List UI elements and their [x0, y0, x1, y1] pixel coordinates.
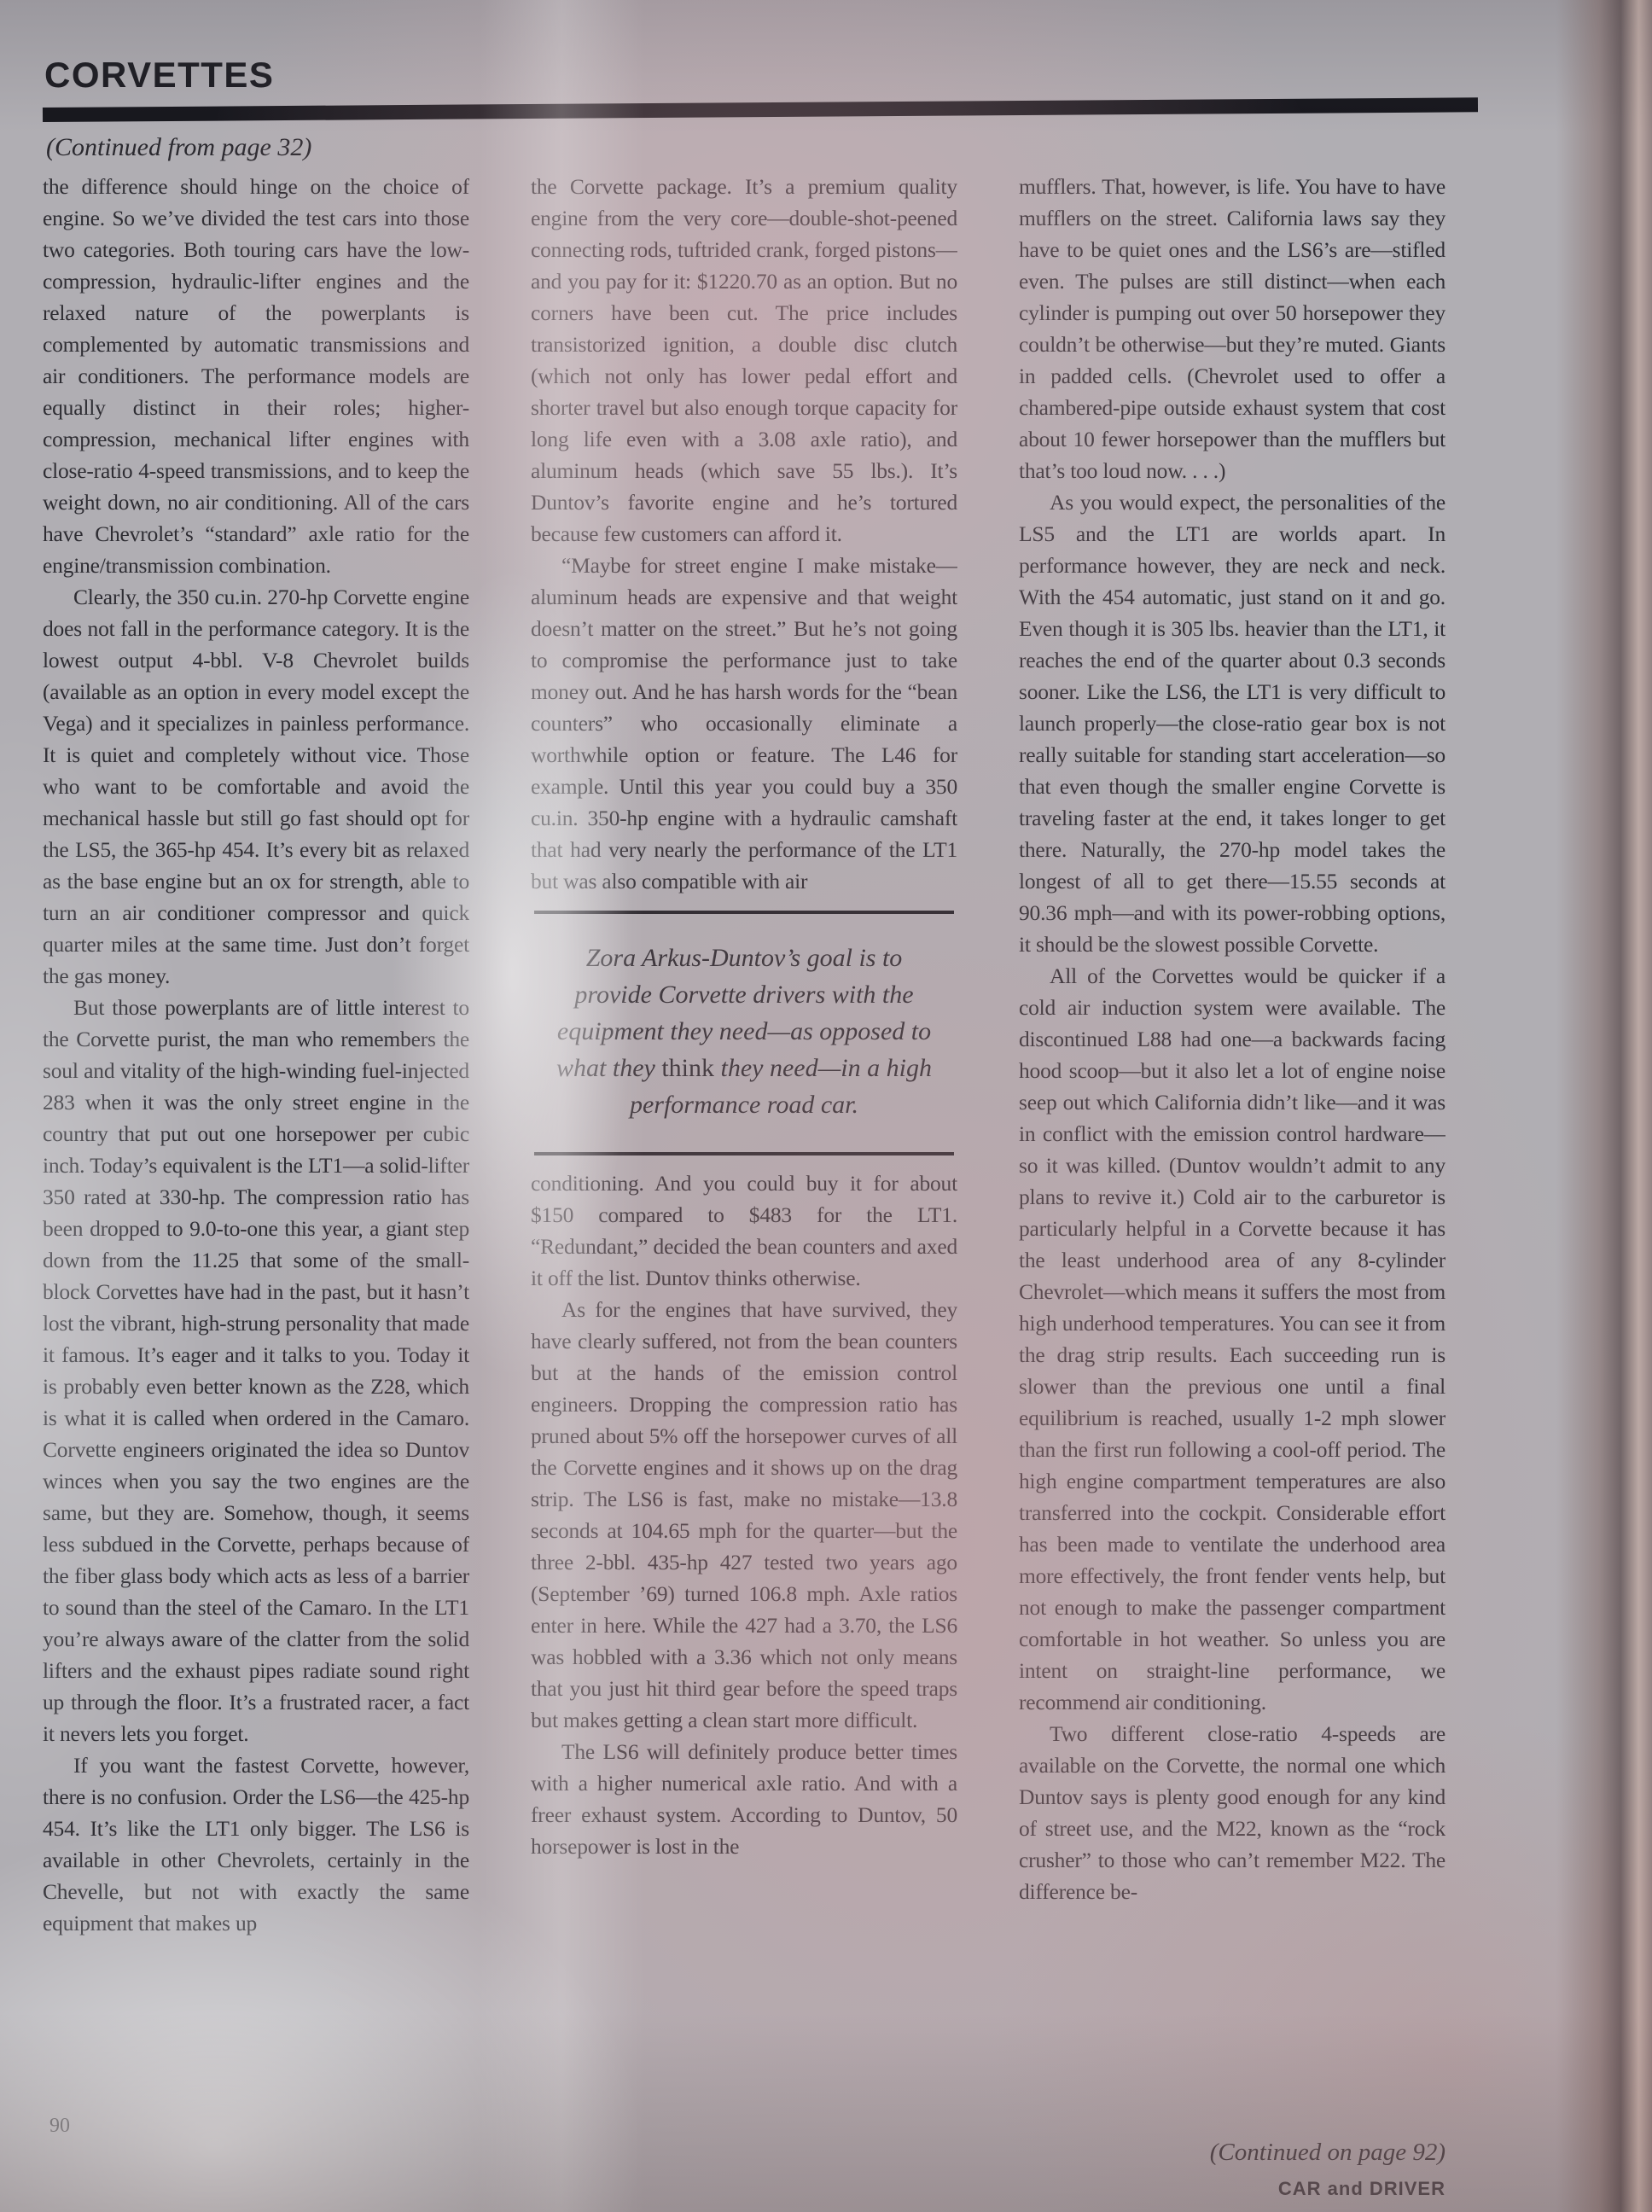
magazine-name: CAR and DRIVER	[899, 2178, 1445, 2200]
body-paragraph: As you would expect, the personalities o…	[1019, 486, 1445, 960]
body-paragraph: conditioning. And you could buy it for a…	[531, 1167, 957, 1294]
body-paragraph: All of the Corvettes would be quicker if…	[1019, 960, 1445, 1718]
body-paragraph: the difference should hinge on the choic…	[43, 171, 469, 581]
page-number: 90	[49, 2115, 70, 2138]
column-3: mufflers. That, however, is life. You ha…	[1019, 171, 1445, 2133]
body-paragraph: “Maybe for street engine I make mistake—…	[531, 550, 957, 897]
column-2: the Corvette package. It’s a premium qua…	[531, 171, 957, 2133]
body-paragraph: the Corvette package. It’s a premium qua…	[531, 171, 957, 550]
body-paragraph: mufflers. That, however, is life. You ha…	[1019, 171, 1445, 486]
continued-from-note: (Continued from page 32)	[46, 133, 311, 162]
article-section-title: CORVETTES	[44, 55, 274, 96]
column-1: the difference should hinge on the choic…	[43, 171, 469, 2133]
magazine-page-scan: CORVETTES (Continued from page 32) the d…	[0, 0, 1652, 2212]
pull-quote: Zora Arkus-Duntov’s goal is to provide C…	[534, 911, 954, 1155]
body-paragraph: The LS6 will definitely produce better t…	[531, 1736, 957, 1862]
body-paragraph: Clearly, the 350 cu.in. 270-hp Corvette …	[43, 581, 469, 992]
body-paragraph: Two different close-ratio 4-speeds are a…	[1019, 1718, 1445, 1907]
body-paragraph: But those powerplants are of little inte…	[43, 992, 469, 1749]
masthead-rule	[43, 97, 1478, 122]
pull-quote-emphasis-word: think	[661, 1054, 714, 1082]
body-paragraph: If you want the fastest Corvette, howeve…	[43, 1749, 469, 1939]
body-paragraph: As for the engines that have survived, t…	[531, 1294, 957, 1736]
article-columns: the difference should hinge on the choic…	[43, 171, 1445, 2133]
continued-on-note: (Continued on page 92)	[899, 2139, 1445, 2167]
